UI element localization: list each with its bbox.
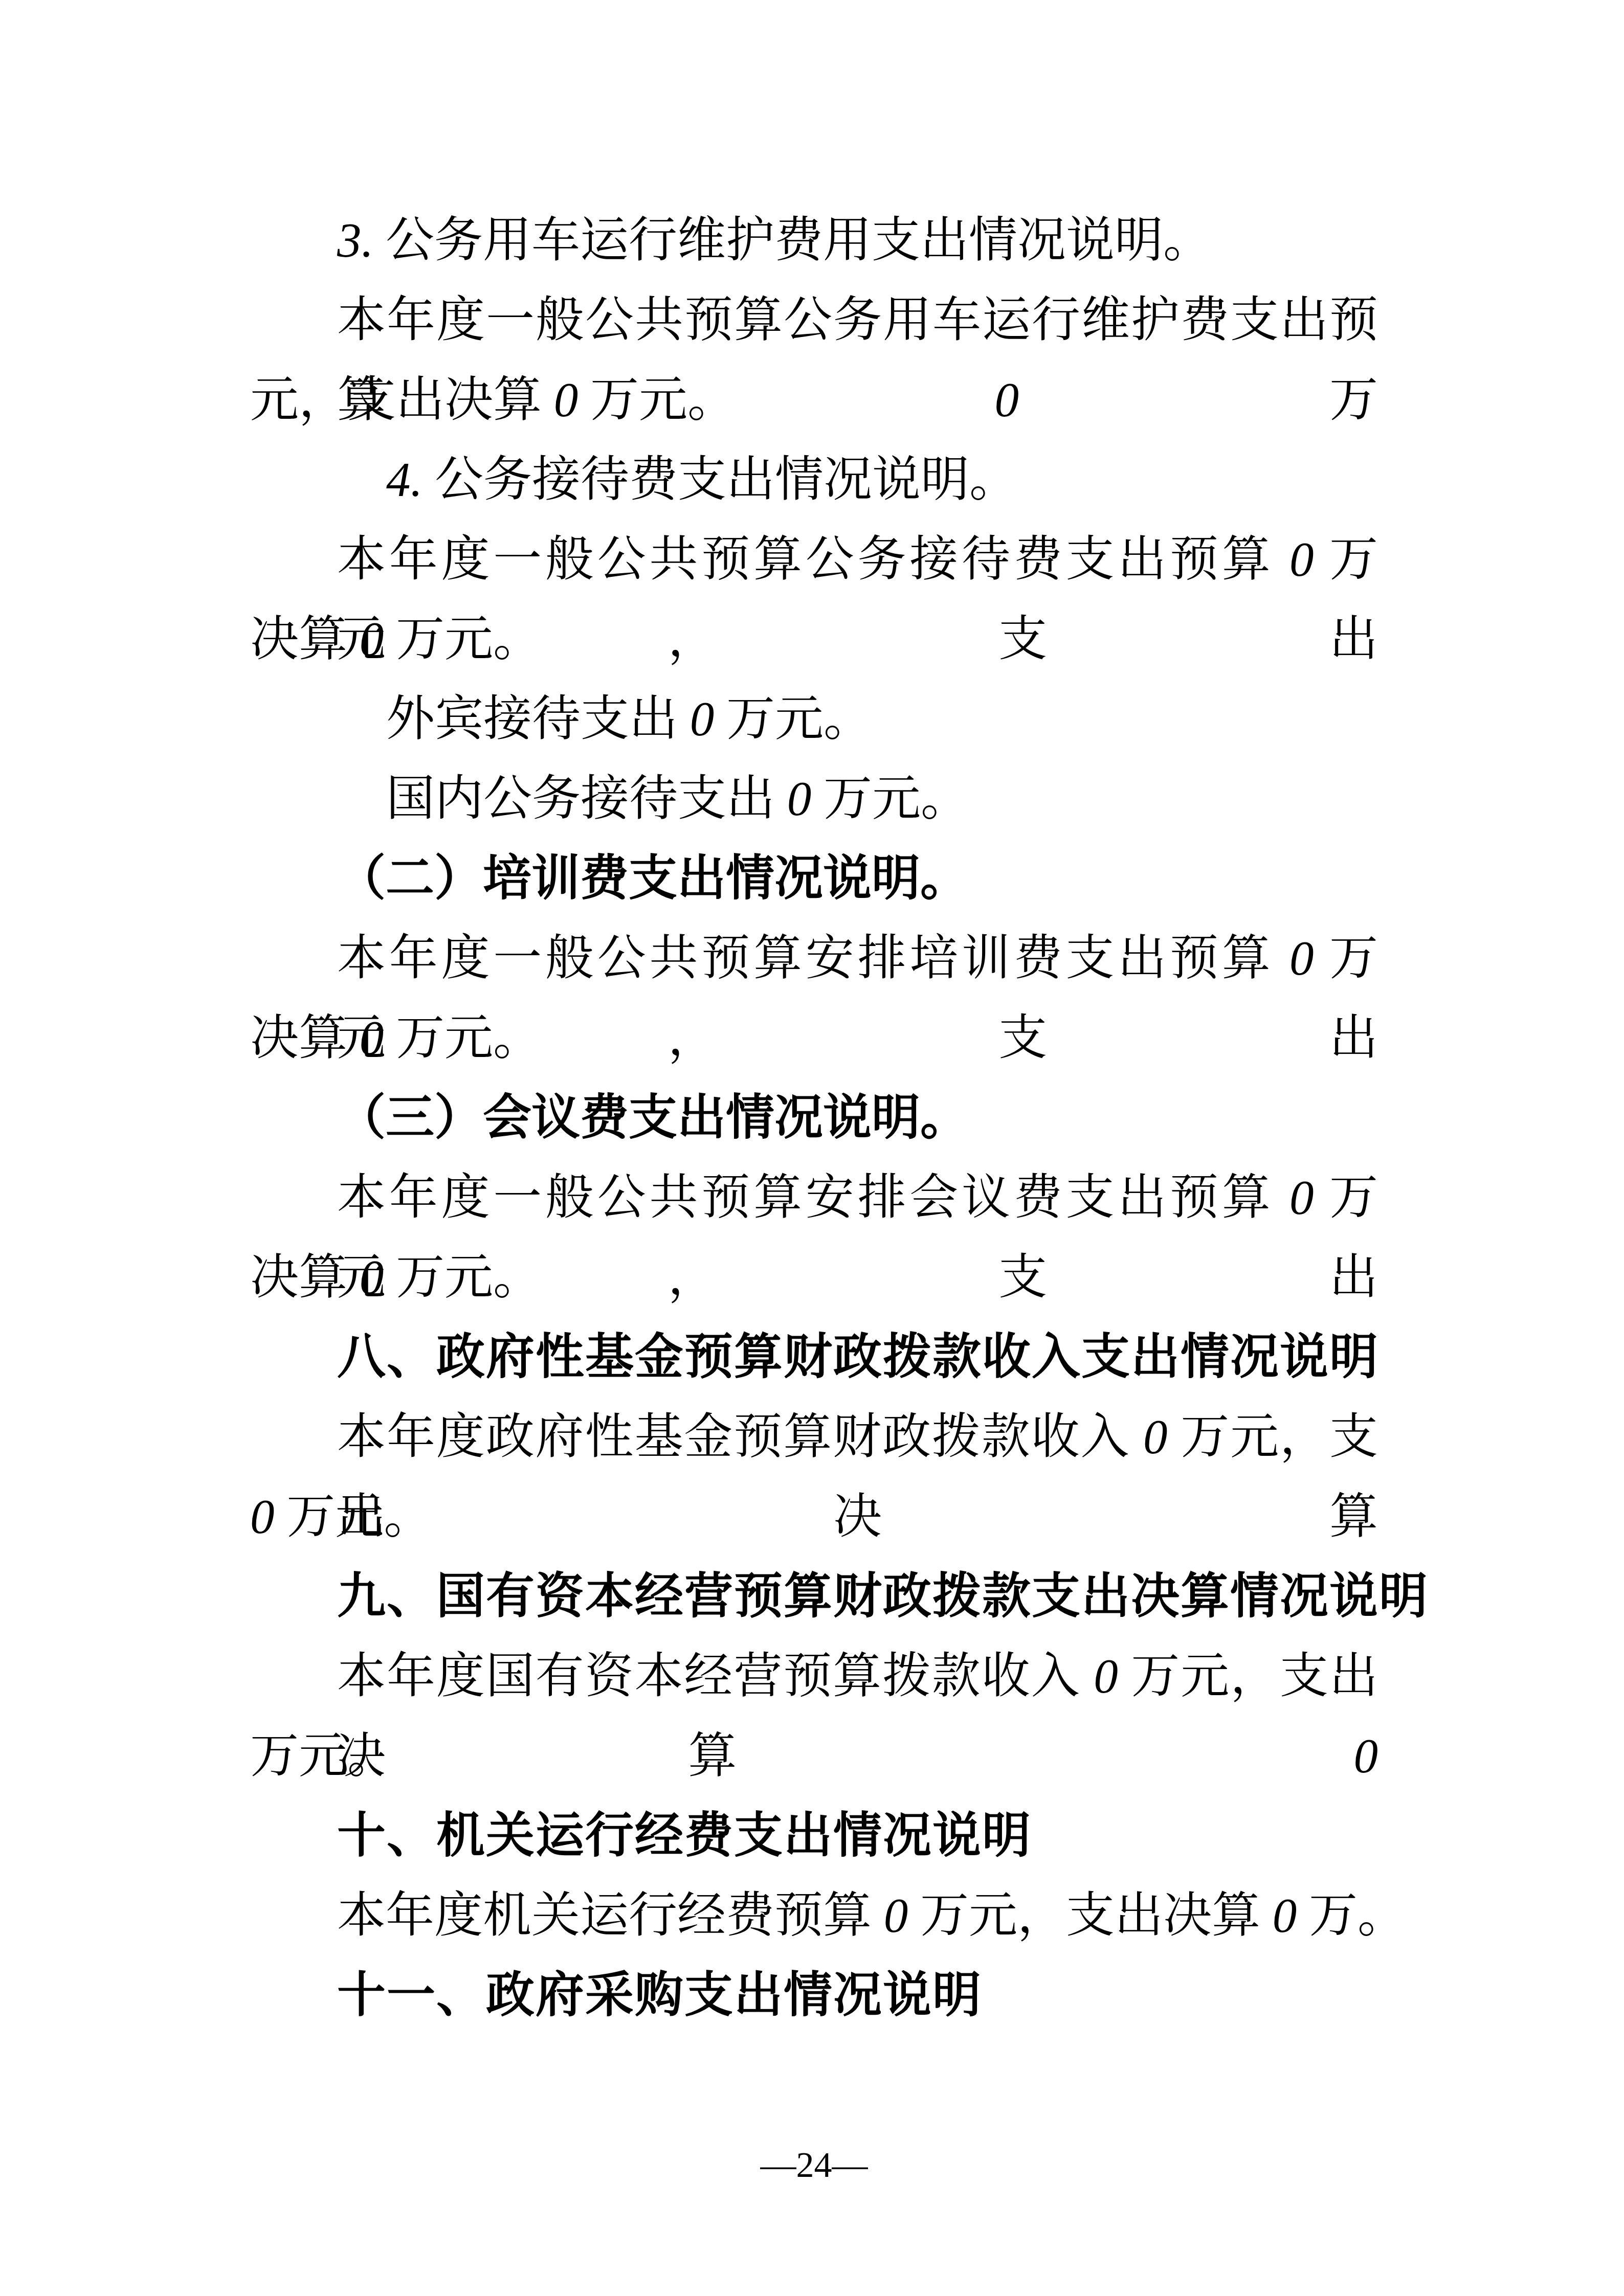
section-heading-8: 八、政府性基金预算财政拨款收入支出情况说明 bbox=[250, 1317, 1378, 1397]
paragraph-line: 国内公务接待支出 0 万元。 bbox=[250, 759, 1378, 839]
paragraph-line: 本年度机关运行经费预算 0 万元，支出决算 0 万。 bbox=[250, 1876, 1378, 1955]
section-heading-9: 九、国有资本经营预算财政拨款支出决算情况说明 bbox=[250, 1557, 1378, 1636]
section-heading-11: 十一、政府采购支出情况说明 bbox=[250, 1955, 1378, 2035]
paragraph-line: 外宾接待支出 0 万元。 bbox=[250, 679, 1378, 759]
section-heading-10: 十、机关运行经费支出情况说明 bbox=[250, 1796, 1378, 1876]
paragraph-line: 本年度一般公共预算安排会议费支出预算 0 万元，支出 bbox=[250, 1158, 1378, 1237]
section-heading-2-3: （三）会议费支出情况说明。 bbox=[250, 1078, 1378, 1158]
paragraph-line: 本年度一般公共预算公务接待费支出预算 0 万元，支出 bbox=[250, 520, 1378, 599]
paragraph-line: 本年度政府性基金预算财政拨款收入 0 万元，支出决算 bbox=[250, 1397, 1378, 1477]
numbered-item-4: 4. 公务接待费支出情况说明。 bbox=[250, 440, 1378, 520]
page-number: —24— bbox=[250, 2132, 1378, 2199]
paragraph-line: 本年度一般公共预算公务用车运行维护费支出预算 0 万 bbox=[250, 280, 1378, 360]
section-heading-2-2: （二）培训费支出情况说明。 bbox=[250, 839, 1378, 918]
paragraph-line: 本年度一般公共预算安排培训费支出预算 0 万元，支出 bbox=[250, 918, 1378, 998]
document-page: 3. 公务用车运行维护费用支出情况说明。 本年度一般公共预算公务用车运行维护费支… bbox=[0, 0, 1624, 2296]
numbered-item-3: 3. 公务用车运行维护费用支出情况说明。 bbox=[250, 200, 1378, 280]
paragraph-line: 本年度国有资本经营预算拨款收入 0 万元，支出决算 0 bbox=[250, 1636, 1378, 1716]
